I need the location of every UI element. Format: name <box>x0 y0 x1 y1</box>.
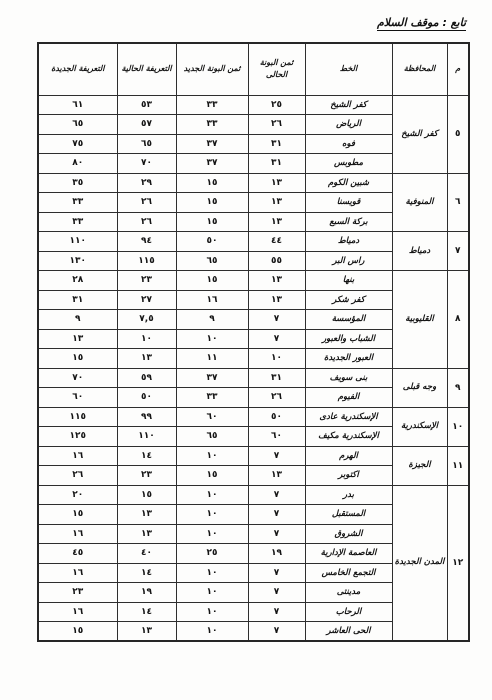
fare-value-cell: ٤٠ <box>117 544 176 564</box>
fare-value-cell: ١٥ <box>38 622 117 642</box>
fare-value-cell: ١٣ <box>117 505 176 525</box>
fare-value-cell: ١١ <box>176 349 248 369</box>
line-name-cell: الرياض <box>305 115 392 135</box>
fare-value-cell: ١٠ <box>117 329 176 349</box>
fare-value-cell: ١٣ <box>38 329 117 349</box>
row-number-cell: ٧ <box>447 232 469 271</box>
column-header-bon-current: ثمن البونة الحالى <box>248 43 305 95</box>
line-name-cell: مطوبس <box>305 154 392 174</box>
fare-table-body: ٥كفر الشيخكفر الشيخ٢٥٣٣٥٣٦١الرياض٢٦٣٣٥٧٦… <box>38 95 469 641</box>
line-name-cell: دمياط <box>305 232 392 252</box>
fare-value-cell: ١٠ <box>176 505 248 525</box>
fare-value-cell: ٩٤ <box>117 232 176 252</box>
fare-value-cell: ١٩ <box>248 544 305 564</box>
fare-value-cell: ١٥ <box>176 193 248 213</box>
column-header-num: م <box>447 43 469 95</box>
line-name-cell: بنى سويف <box>305 368 392 388</box>
line-name-cell: الإسكندرية مكيف <box>305 427 392 447</box>
row-number-cell: ١٢ <box>447 485 469 641</box>
fare-value-cell: ١٢٥ <box>38 427 117 447</box>
row-number-cell: ٦ <box>447 173 469 232</box>
fare-value-cell: ٢٣ <box>38 583 117 603</box>
fare-value-cell: ٩٩ <box>117 407 176 427</box>
fare-value-cell: ٧ <box>248 310 305 330</box>
fare-value-cell: ١٠ <box>176 563 248 583</box>
fare-value-cell: ٧٥ <box>38 134 117 154</box>
fare-value-cell: ٢٥ <box>248 95 305 115</box>
fare-value-cell: ٣١ <box>38 290 117 310</box>
fare-value-cell: ٩ <box>38 310 117 330</box>
line-name-cell: مدينتى <box>305 583 392 603</box>
fare-value-cell: ٢٥ <box>176 544 248 564</box>
line-name-cell: قويسنا <box>305 193 392 213</box>
fare-table: مالمحافظةالخطثمن البونة الحالىثمن البونة… <box>37 42 470 642</box>
governorate-cell: القليوبية <box>392 271 447 369</box>
fare-value-cell: ١٩ <box>117 583 176 603</box>
fare-value-cell: ١١٠ <box>117 427 176 447</box>
fare-value-cell: ١٣٠ <box>38 251 117 271</box>
governorate-cell: كفر الشيخ <box>392 95 447 173</box>
fare-value-cell: ٣٧ <box>176 134 248 154</box>
fare-value-cell: ٣٣ <box>38 212 117 232</box>
fare-value-cell: ٢٣ <box>117 271 176 291</box>
fare-value-cell: ٥٣ <box>117 95 176 115</box>
line-name-cell: الشروق <box>305 524 392 544</box>
fare-value-cell: ٤٤ <box>248 232 305 252</box>
fare-value-cell: ١٤ <box>117 446 176 466</box>
table-row: ٩وجه قبلىبنى سويف٣١٣٧٥٩٧٠ <box>38 368 469 388</box>
fare-value-cell: ١٥ <box>117 485 176 505</box>
line-name-cell: الهرم <box>305 446 392 466</box>
fare-value-cell: ١٥ <box>176 271 248 291</box>
fare-value-cell: ٣١ <box>248 134 305 154</box>
fare-value-cell: ٢٠ <box>38 485 117 505</box>
table-row: ٧دمياطدمياط٤٤٥٠٩٤١١٠ <box>38 232 469 252</box>
fare-value-cell: ٣١ <box>248 154 305 174</box>
fare-value-cell: ١٦ <box>38 602 117 622</box>
fare-value-cell: ٧,٥ <box>117 310 176 330</box>
fare-value-cell: ٧ <box>248 329 305 349</box>
line-name-cell: الحى العاشر <box>305 622 392 642</box>
row-number-cell: ٨ <box>447 271 469 369</box>
fare-value-cell: ٦٥ <box>176 251 248 271</box>
table-row: ١٢المدن الجديدةبدر٧١٠١٥٢٠ <box>38 485 469 505</box>
fare-value-cell: ١٣ <box>248 173 305 193</box>
fare-value-cell: ٦١ <box>38 95 117 115</box>
fare-value-cell: ١٠ <box>176 602 248 622</box>
document-page: تابع : موقف السلام مالمحافظةالخطثمن البو… <box>0 0 492 700</box>
fare-value-cell: ١١٥ <box>38 407 117 427</box>
fare-value-cell: ٤٥ <box>38 544 117 564</box>
line-name-cell: بركة السبع <box>305 212 392 232</box>
governorate-cell: الجيزة <box>392 446 447 485</box>
column-header-tariff-new: التعريفة الجديدة <box>38 43 117 95</box>
fare-value-cell: ٥٥ <box>248 251 305 271</box>
fare-value-cell: ٧ <box>248 505 305 525</box>
line-name-cell: الفيوم <box>305 388 392 408</box>
fare-value-cell: ٣٣ <box>176 388 248 408</box>
fare-value-cell: ٣٥ <box>38 173 117 193</box>
fare-value-cell: ١٠ <box>176 446 248 466</box>
column-header-line: الخط <box>305 43 392 95</box>
line-name-cell: الإسكندرية عادى <box>305 407 392 427</box>
fare-value-cell: ١٥ <box>38 349 117 369</box>
line-name-cell: اكتوبر <box>305 466 392 486</box>
line-name-cell: بنها <box>305 271 392 291</box>
row-number-cell: ١٠ <box>447 407 469 446</box>
fare-value-cell: ٥٠ <box>117 388 176 408</box>
fare-value-cell: ٦٠ <box>248 427 305 447</box>
line-name-cell: بدر <box>305 485 392 505</box>
fare-value-cell: ٢٣ <box>117 466 176 486</box>
fare-value-cell: ٦٥ <box>117 134 176 154</box>
fare-value-cell: ٦٥ <box>38 115 117 135</box>
fare-value-cell: ٦٠ <box>176 407 248 427</box>
fare-value-cell: ١٦ <box>38 524 117 544</box>
fare-value-cell: ٧ <box>248 563 305 583</box>
line-name-cell: الرحاب <box>305 602 392 622</box>
fare-value-cell: ٣٧ <box>176 154 248 174</box>
table-row: ١١الجيزةالهرم٧١٠١٤١٦ <box>38 446 469 466</box>
line-name-cell: المستقبل <box>305 505 392 525</box>
column-header-bon-new: ثمن البونة الجديد <box>176 43 248 95</box>
fare-value-cell: ١٥ <box>176 212 248 232</box>
fare-value-cell: ١١٠ <box>38 232 117 252</box>
line-name-cell: المؤسسة <box>305 310 392 330</box>
fare-value-cell: ١٥ <box>176 466 248 486</box>
fare-value-cell: ٢٦ <box>117 212 176 232</box>
line-name-cell: فوه <box>305 134 392 154</box>
governorate-cell: المنوفية <box>392 173 447 232</box>
table-header-row: مالمحافظةالخطثمن البونة الحالىثمن البونة… <box>38 43 469 95</box>
fare-value-cell: ١٠ <box>176 583 248 603</box>
fare-value-cell: ٦٠ <box>38 388 117 408</box>
fare-value-cell: ١٣ <box>117 349 176 369</box>
fare-value-cell: ٢٧ <box>117 290 176 310</box>
fare-value-cell: ١٦ <box>38 563 117 583</box>
fare-value-cell: ١٠ <box>176 622 248 642</box>
page-title: تابع : موقف السلام <box>377 16 466 31</box>
fare-value-cell: ١٠ <box>176 524 248 544</box>
table-row: ٥كفر الشيخكفر الشيخ٢٥٣٣٥٣٦١ <box>38 95 469 115</box>
fare-value-cell: ١٦ <box>176 290 248 310</box>
fare-value-cell: ٧ <box>248 485 305 505</box>
line-name-cell: العبور الجديدة <box>305 349 392 369</box>
fare-value-cell: ١٣ <box>117 622 176 642</box>
fare-value-cell: ١٣ <box>248 290 305 310</box>
fare-value-cell: ٢٩ <box>117 173 176 193</box>
governorate-cell: وجه قبلى <box>392 368 447 407</box>
fare-value-cell: ٣١ <box>248 368 305 388</box>
fare-value-cell: ٢٦ <box>248 388 305 408</box>
line-name-cell: التجمع الخامس <box>305 563 392 583</box>
row-number-cell: ٩ <box>447 368 469 407</box>
fare-value-cell: ١٣ <box>248 193 305 213</box>
fare-value-cell: ١٦ <box>38 446 117 466</box>
fare-value-cell: ٢٦ <box>38 466 117 486</box>
line-name-cell: شبين الكوم <box>305 173 392 193</box>
fare-value-cell: ٧ <box>248 446 305 466</box>
fare-value-cell: ١١٥ <box>117 251 176 271</box>
fare-value-cell: ١٥ <box>176 173 248 193</box>
row-number-cell: ٥ <box>447 95 469 173</box>
fare-value-cell: ١٣ <box>248 466 305 486</box>
fare-value-cell: ٣٣ <box>176 95 248 115</box>
fare-value-cell: ١٤ <box>117 602 176 622</box>
fare-value-cell: ٧٠ <box>117 154 176 174</box>
fare-value-cell: ٩ <box>176 310 248 330</box>
fare-value-cell: ٥٧ <box>117 115 176 135</box>
fare-value-cell: ٧ <box>248 602 305 622</box>
line-name-cell: الشباب والعبور <box>305 329 392 349</box>
fare-value-cell: ١٠ <box>176 485 248 505</box>
fare-value-cell: ٣٧ <box>176 368 248 388</box>
fare-value-cell: ٨٠ <box>38 154 117 174</box>
fare-value-cell: ١٤ <box>117 563 176 583</box>
fare-value-cell: ١٠ <box>176 329 248 349</box>
fare-value-cell: ١٥ <box>38 505 117 525</box>
governorate-cell: دمياط <box>392 232 447 271</box>
fare-value-cell: ٦٥ <box>176 427 248 447</box>
table-row: ٦المنوفيةشبين الكوم١٣١٥٢٩٣٥ <box>38 173 469 193</box>
table-row: ٨القليوبيةبنها١٣١٥٢٣٢٨ <box>38 271 469 291</box>
line-name-cell: العاصمة الإدارية <box>305 544 392 564</box>
fare-value-cell: ٣٣ <box>38 193 117 213</box>
line-name-cell: كفر شكر <box>305 290 392 310</box>
fare-value-cell: ٥٩ <box>117 368 176 388</box>
fare-value-cell: ١٣ <box>248 212 305 232</box>
column-header-tariff-current: التعريفة الحالية <box>117 43 176 95</box>
table-row: ١٠الإسكندريةالإسكندرية عادى٥٠٦٠٩٩١١٥ <box>38 407 469 427</box>
fare-value-cell: ٧ <box>248 622 305 642</box>
fare-value-cell: ٥٠ <box>248 407 305 427</box>
governorate-cell: المدن الجديدة <box>392 485 447 641</box>
line-name-cell: كفر الشيخ <box>305 95 392 115</box>
fare-value-cell: ١٣ <box>117 524 176 544</box>
line-name-cell: راس البر <box>305 251 392 271</box>
governorate-cell: الإسكندرية <box>392 407 447 446</box>
row-number-cell: ١١ <box>447 446 469 485</box>
fare-value-cell: ٢٦ <box>117 193 176 213</box>
fare-value-cell: ٥٠ <box>176 232 248 252</box>
fare-value-cell: ٣٣ <box>176 115 248 135</box>
fare-value-cell: ٢٦ <box>248 115 305 135</box>
fare-value-cell: ١٠ <box>248 349 305 369</box>
fare-value-cell: ٧٠ <box>38 368 117 388</box>
fare-value-cell: ٢٨ <box>38 271 117 291</box>
column-header-governorate: المحافظة <box>392 43 447 95</box>
fare-value-cell: ٧ <box>248 583 305 603</box>
fare-value-cell: ٧ <box>248 524 305 544</box>
fare-value-cell: ١٣ <box>248 271 305 291</box>
